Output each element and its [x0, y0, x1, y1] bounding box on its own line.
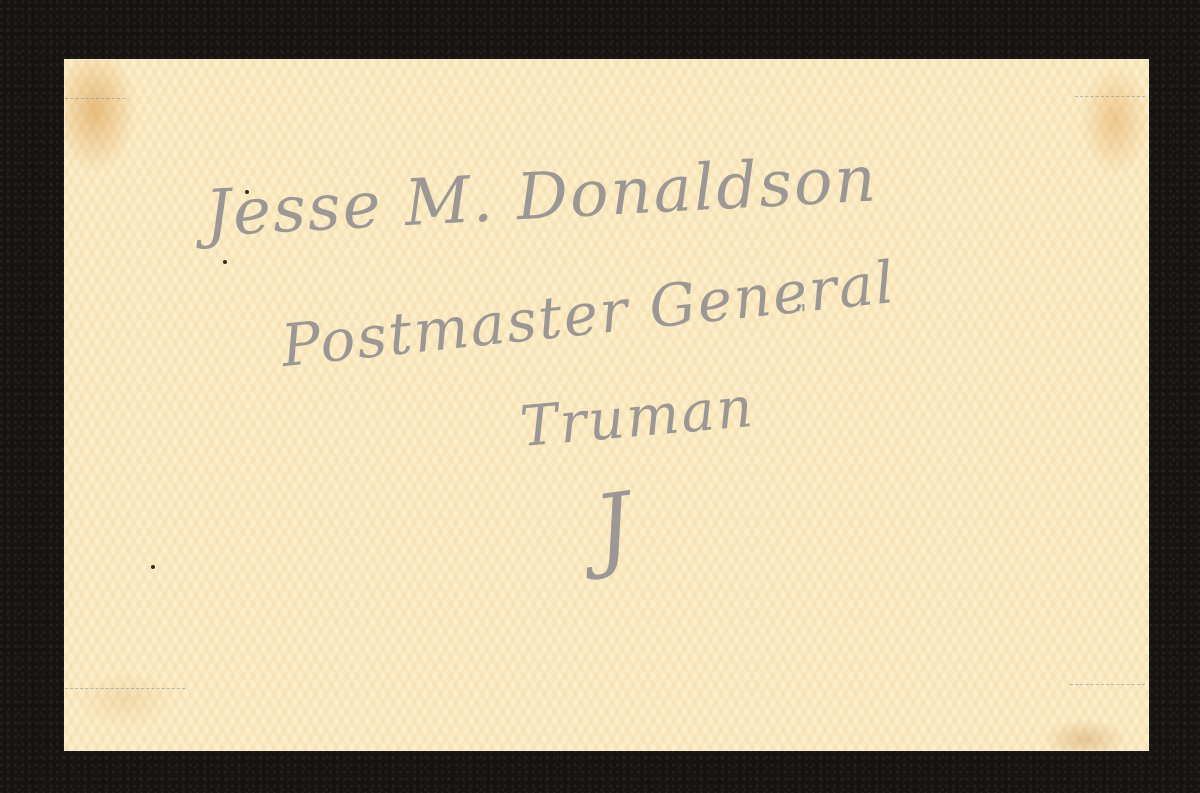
speck	[151, 565, 155, 569]
speck	[223, 260, 227, 264]
handwritten-mark: "	[795, 300, 809, 330]
handwritten-name: Jesse M. Donaldson	[204, 142, 880, 251]
guide-mark-bottom-right	[1070, 684, 1145, 686]
handwritten-truman: Truman	[518, 375, 758, 460]
aged-card: Jesse M. Donaldson Postmaster General " …	[65, 60, 1148, 750]
guide-mark-top-right	[1075, 96, 1145, 98]
handwritten-initial: J	[588, 473, 640, 582]
guide-mark-top-left	[65, 98, 125, 100]
guide-mark-bottom-left	[65, 688, 185, 690]
